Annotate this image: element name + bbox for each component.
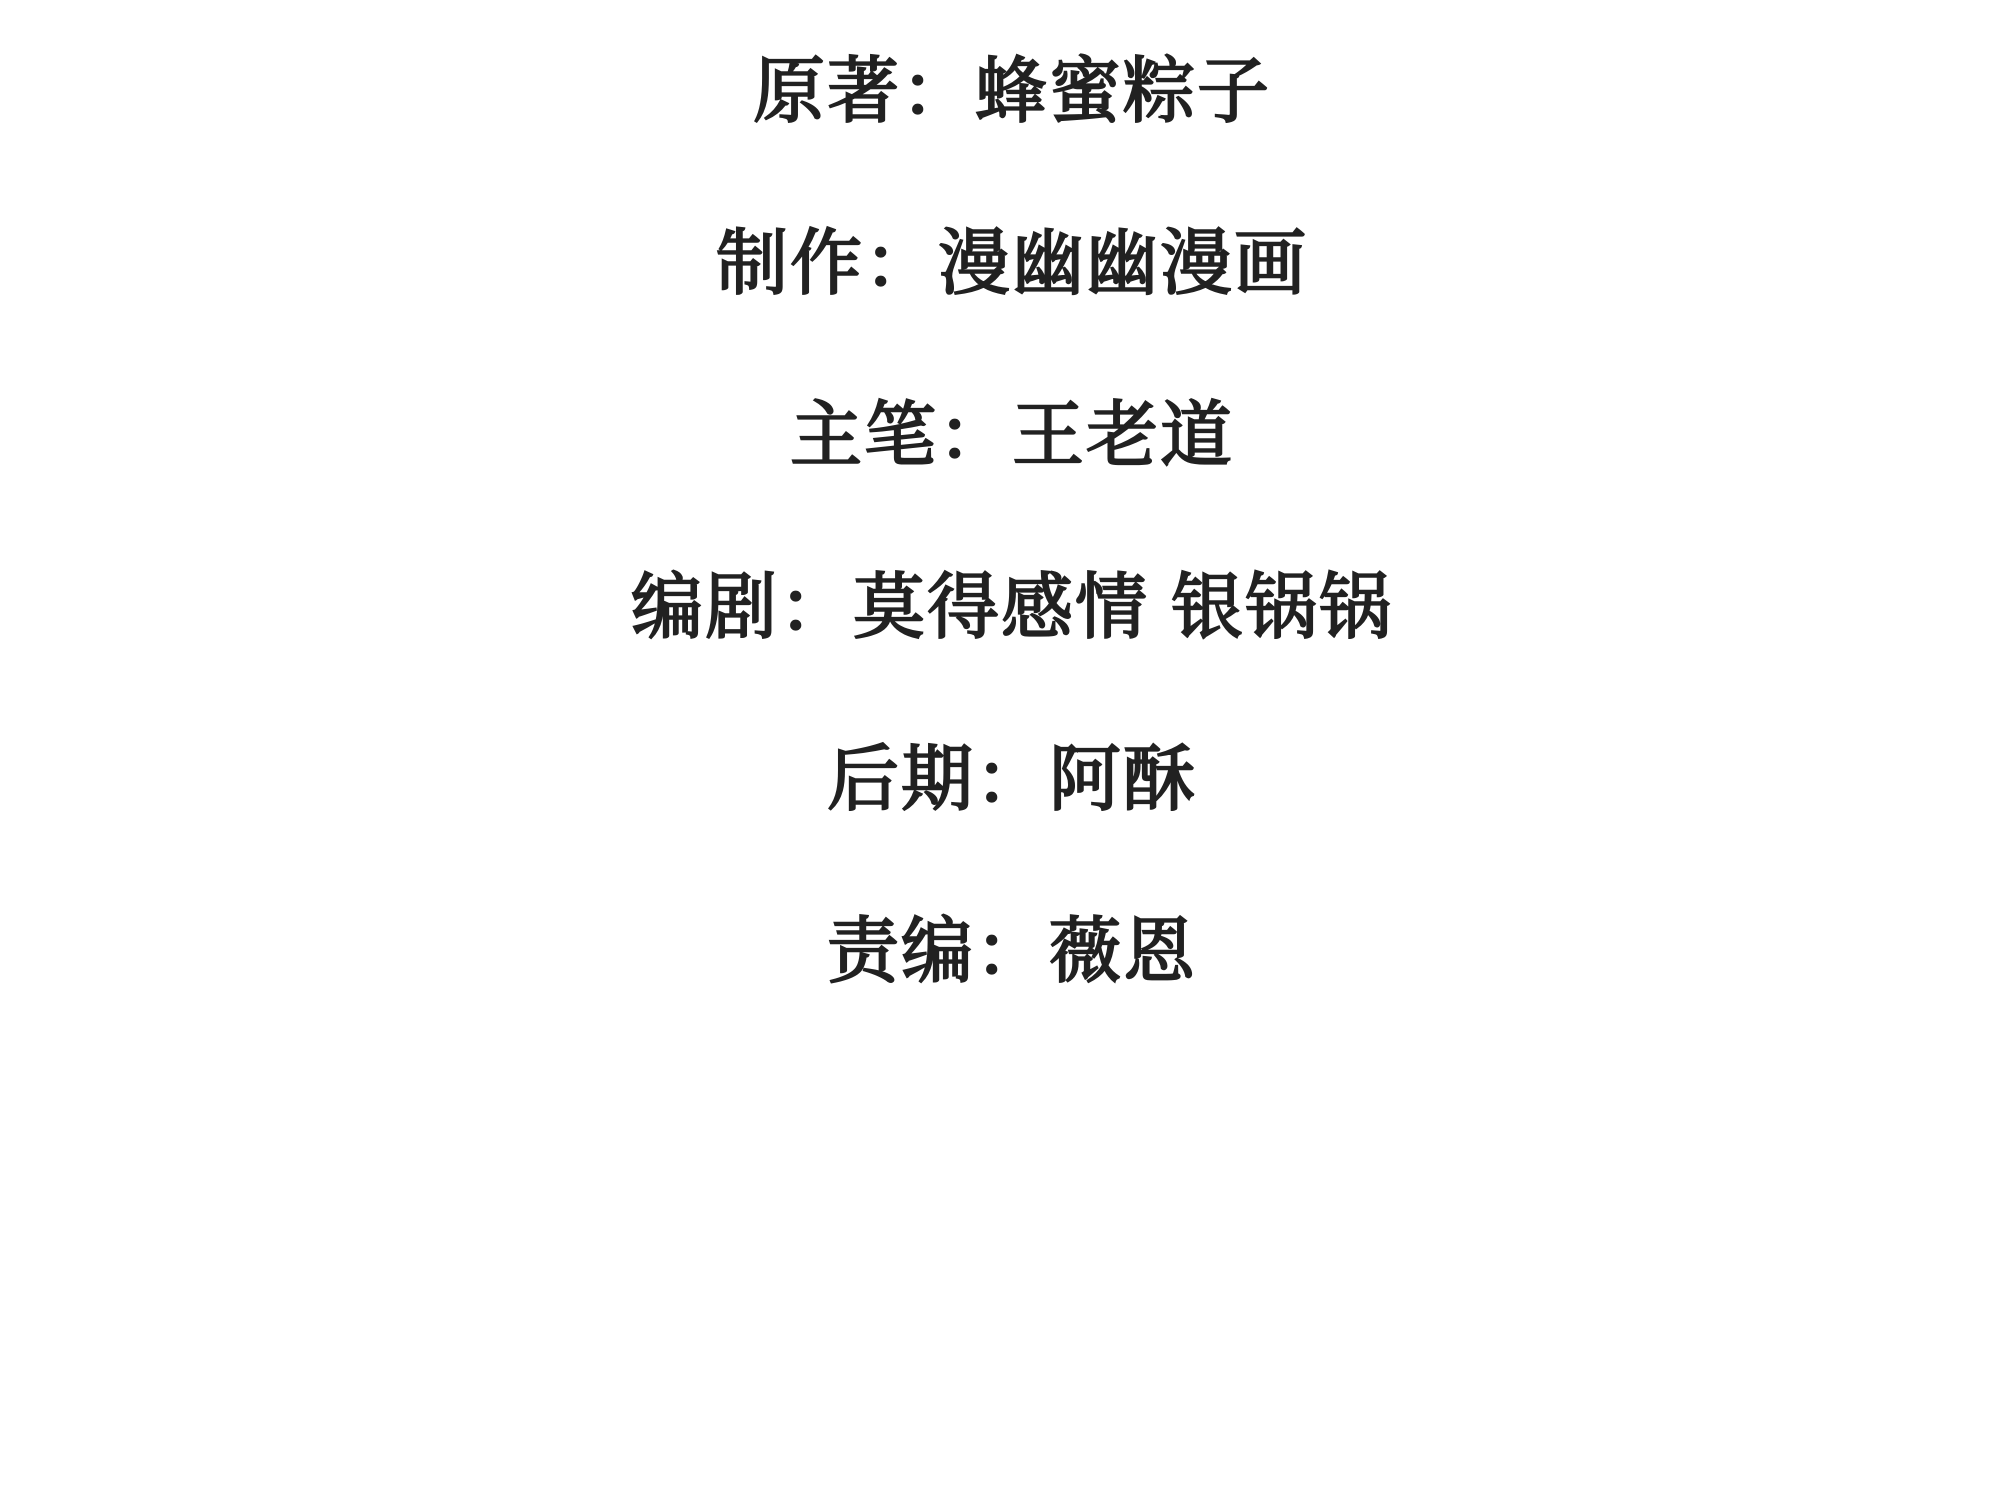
credit-line-original-author: 原著：蜂蜜粽子 xyxy=(753,52,1271,132)
credits-page: 原著：蜂蜜粽子 制作：漫幽幽漫画 主笔：王老道 编剧：莫得感情 银锅锅 后期：阿… xyxy=(0,0,2000,1084)
credit-line-screenwriter: 编剧：莫得感情 银锅锅 xyxy=(631,568,1393,648)
credit-line-responsible-editor: 责编：薇恩 xyxy=(827,912,1197,992)
credit-line-production: 制作：漫幽幽漫画 xyxy=(716,224,1308,304)
credit-line-lead-artist: 主笔：王老道 xyxy=(790,396,1234,476)
credit-line-post-production: 后期：阿酥 xyxy=(827,740,1197,820)
